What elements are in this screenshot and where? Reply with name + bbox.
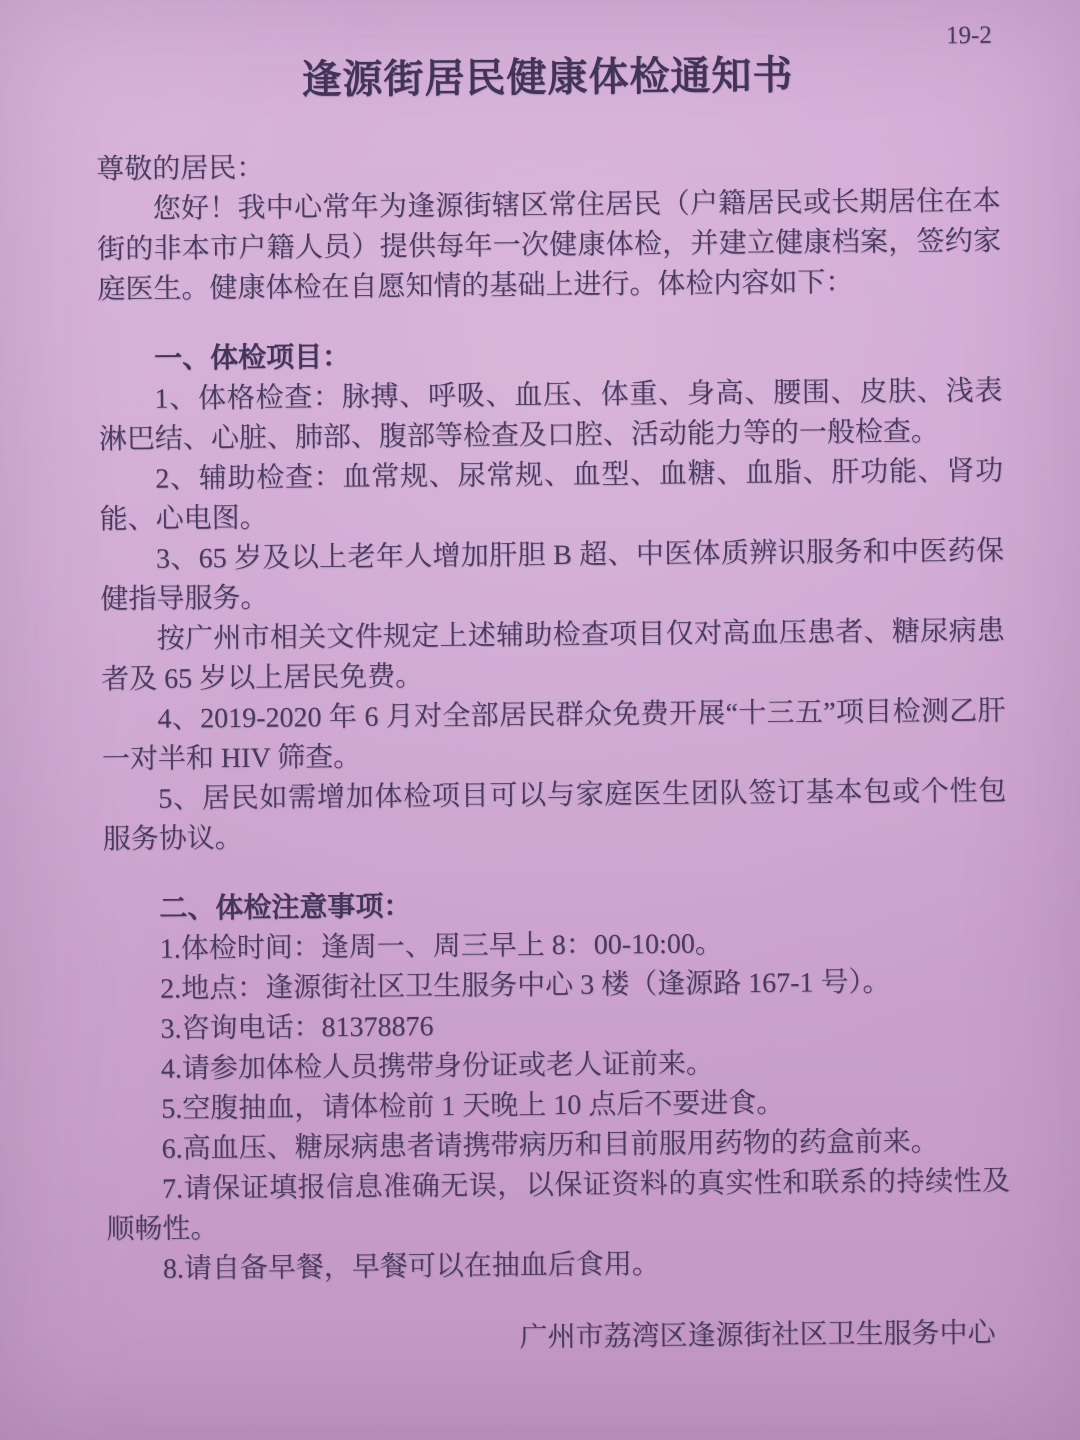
section1-note: 按广州市相关文件规定上述辅助检查项目仅对高血压患者、糖尿病患者及 65 岁以上居… — [101, 612, 1006, 701]
section2-item-7: 7.请保证填报信息准确无误，以保证资料的真实性和联系的持续性及顺畅性。 — [106, 1162, 1011, 1251]
notice-content: 逢源街居民健康体检通知书 尊敬的居民： 您好！我中心常年为逢源街辖区常住居民（户… — [95, 12, 1012, 1363]
section1-item-3: 3、65 岁及以上老年人增加肝胆 B 超、中医体质辨识服务和中医药保健指导服务。 — [100, 532, 1005, 621]
section1-item-2: 2、辅助检查：血常规、尿常规、血型、血糖、血脂、肝功能、肾功能、心电图。 — [99, 452, 1004, 541]
section2-item-8: 8.请自备早餐，早餐可以在抽血后食用。 — [107, 1242, 1011, 1291]
signature: 广州市荔湾区逢源街社区卫生服务中心 — [107, 1314, 1011, 1363]
section1-item-5: 5、居民如需增加体检项目可以与家庭医生团队签订基本包或个性包服务协议。 — [102, 772, 1007, 861]
section1-item-4: 4、2019-2020 年 6 月对全部居民群众免费开展“十三五”项目检测乙肝一… — [101, 692, 1006, 781]
notice-paper: 19-2 逢源街居民健康体检通知书 尊敬的居民： 您好！我中心常年为逢源街辖区常… — [0, 0, 1080, 1440]
section1-item-1: 1、体格检查：脉搏、呼吸、血压、体重、身高、腰围、皮肤、浅表淋巴结、心脏、肺部、… — [98, 372, 1003, 461]
notice-title: 逢源街居民健康体检通知书 — [95, 46, 999, 111]
intro-paragraph: 您好！我中心常年为逢源街辖区常住居民（户籍居民或长期居住在本街的非本市户籍人员）… — [96, 182, 1001, 311]
